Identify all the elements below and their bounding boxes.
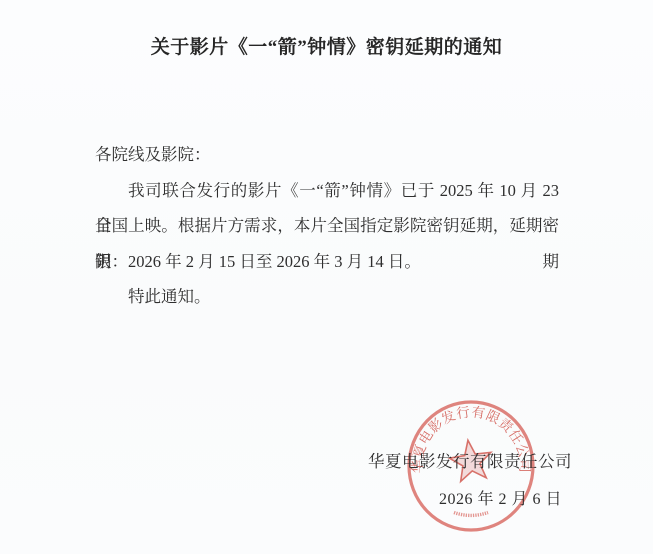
body-line: 全国上映。根据片方需求，本片全国指定影院密钥延期，延期密钥期 <box>95 208 559 244</box>
seal-serial-marks <box>454 513 488 516</box>
signature-company-name: 华夏电影发行有限责任公司 <box>368 448 572 472</box>
document-title: 关于影片《一“箭”钟情》密钥延期的通知 <box>0 32 653 59</box>
body-line: 我司联合发行的影片《一“箭”钟情》已于 2025 年 10 月 23 日 <box>95 173 559 209</box>
salutation-line: 各院线及影院： <box>95 137 559 173</box>
scanned-notice-page: 关于影片《一“箭”钟情》密钥延期的通知 各院线及影院： 我司联合发行的影片《一“… <box>0 0 653 554</box>
body-line: 特此通知。 <box>95 279 559 315</box>
document-body: 各院线及影院： 我司联合发行的影片《一“箭”钟情》已于 2025 年 10 月 … <box>95 137 559 315</box>
signature-date: 2026 年 2 月 6 日 <box>439 486 562 509</box>
